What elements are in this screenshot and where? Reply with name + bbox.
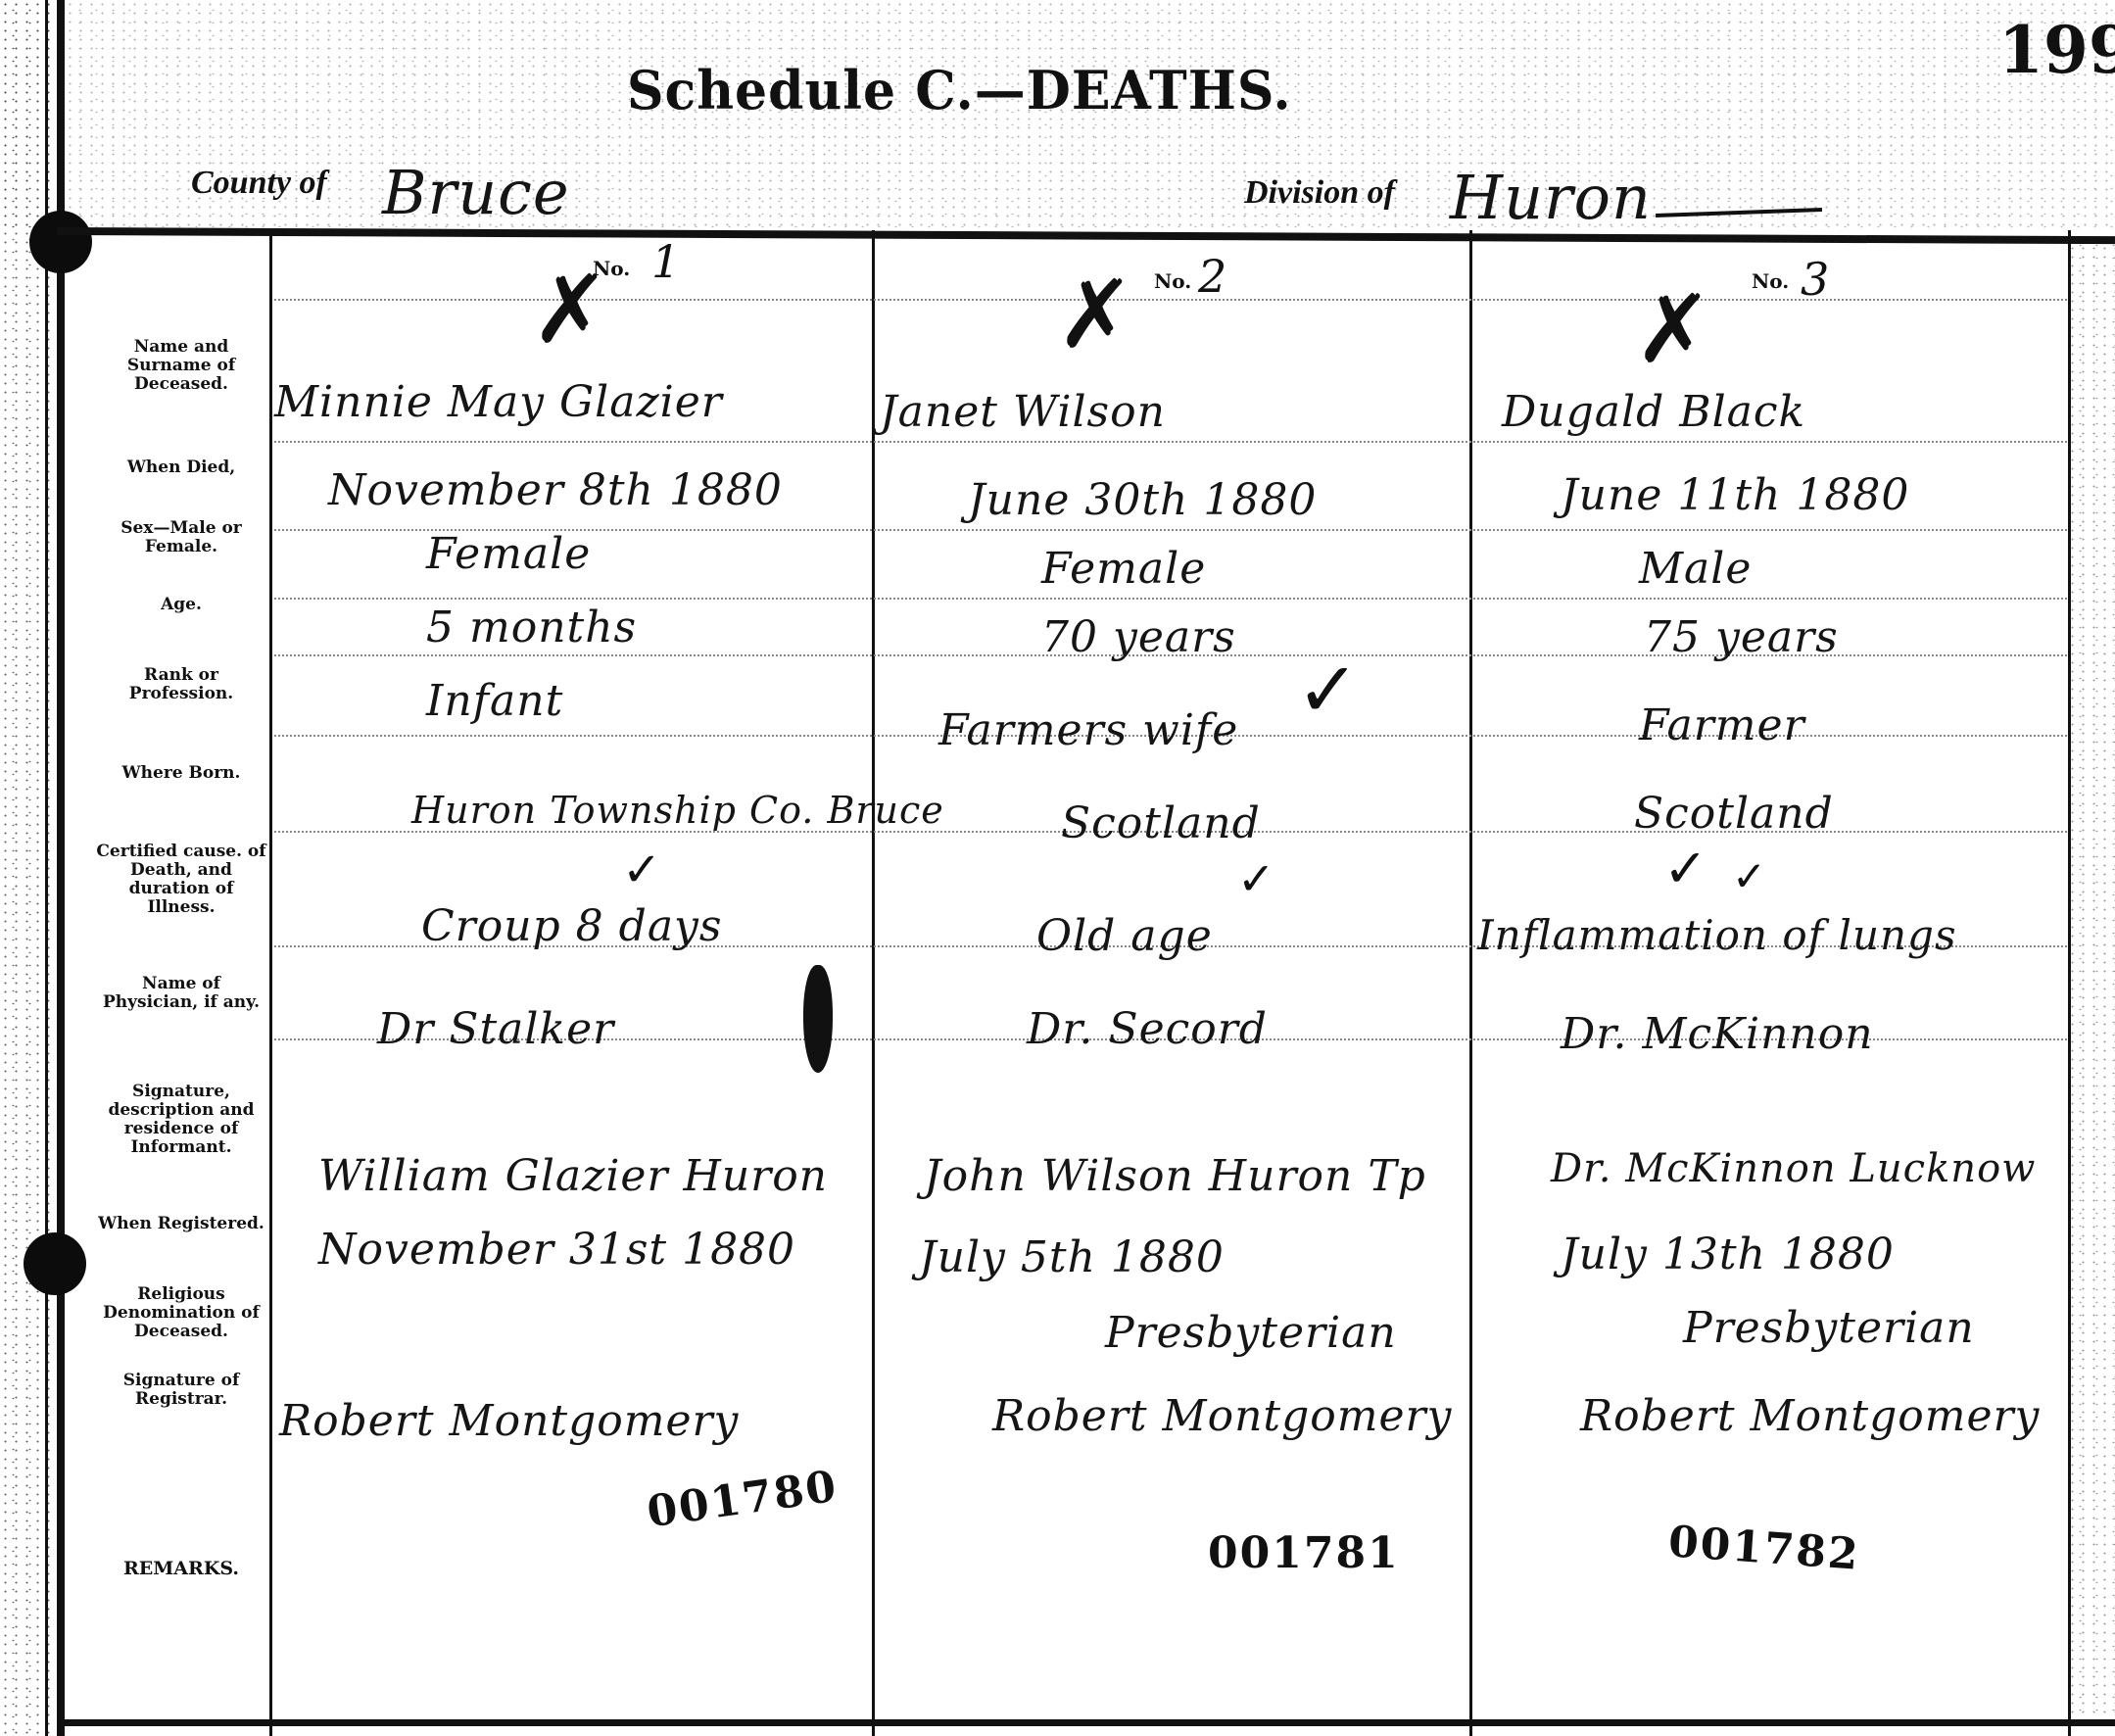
binding-hole-bottom	[24, 1232, 86, 1295]
religion: Presbyterian	[1105, 1308, 1397, 1358]
date-registered: July 5th 1880	[919, 1232, 1225, 1282]
deceased-name: Dugald Black	[1502, 387, 1805, 437]
date-of-death: November 8th 1880	[328, 465, 783, 515]
label-registrar: Signature of Registrar.	[93, 1372, 269, 1409]
county-value: Bruce	[382, 157, 570, 228]
label-cause: Certified cause. of Death, and duration …	[93, 843, 269, 917]
age: 75 years	[1644, 612, 1839, 662]
check-mark-icon: ✓	[1732, 852, 1766, 900]
rank-or-profession: Farmers wife	[938, 705, 1238, 755]
division-label: Division of	[1244, 174, 1395, 212]
date-of-death: June 11th 1880	[1561, 470, 1909, 520]
sex: Female	[1041, 544, 1206, 594]
entry-number: 3	[1801, 253, 1829, 306]
registrar-signature: Robert Montgomery	[992, 1391, 1452, 1441]
death-entry-3: No. 3 ✗ Dugald Black June 11th 1880 Male…	[1472, 235, 2065, 1714]
page-number: 199	[1998, 12, 2115, 88]
label-religion: Religious Denomination of Deceased.	[93, 1285, 269, 1341]
check-mark-icon: ✓	[1663, 838, 1707, 899]
entry-number-label: No.	[1154, 269, 1191, 293]
age: 70 years	[1041, 612, 1236, 662]
religion: Presbyterian	[1683, 1303, 1975, 1353]
date-of-death: June 30th 1880	[968, 475, 1317, 525]
place-of-birth: Scotland	[1634, 789, 1834, 839]
registrar-signature: Robert Montgomery	[279, 1396, 739, 1446]
column-divider-right	[2068, 230, 2071, 1736]
check-mark-icon: ✓	[622, 843, 661, 897]
label-sex: Sex—Male or Female.	[93, 519, 269, 556]
death-entry-2: No. 2 ✗ Janet Wilson June 30th 1880 Fema…	[875, 235, 1467, 1714]
deceased-name: Minnie May Glazier	[274, 377, 723, 427]
place-of-birth: Huron Township Co. Bruce	[411, 789, 944, 832]
label-age: Age.	[93, 596, 269, 614]
sex: Female	[426, 529, 591, 579]
cause-of-death: Croup 8 days	[421, 901, 723, 951]
label-informant: Signature, description and residence of …	[93, 1083, 269, 1157]
entry-number: 1	[651, 235, 680, 288]
entry-number-label: No.	[1752, 269, 1789, 293]
scan-noise-right	[2067, 235, 2115, 1724]
label-rank: Rank or Profession.	[93, 666, 269, 703]
date-registered: July 13th 1880	[1561, 1230, 1895, 1279]
cause-of-death: Inflammation of lungs	[1477, 911, 1957, 959]
division-underline-stroke	[1656, 208, 1822, 217]
label-physician: Name of Physician, if any.	[93, 975, 269, 1012]
date-registered: November 31st 1880	[318, 1225, 795, 1275]
label-name: Name and Surname of Deceased.	[93, 338, 269, 394]
label-when-registered: When Registered.	[93, 1215, 269, 1233]
check-mark-icon: ✓	[1237, 852, 1275, 905]
physician-name: Dr. McKinnon	[1561, 1009, 1874, 1059]
deceased-name: Janet Wilson	[880, 387, 1166, 437]
county-label: County of	[191, 165, 327, 202]
table-bottom-rule	[57, 1719, 2115, 1726]
remarks-stamp: 001782	[1666, 1517, 1861, 1580]
label-when-died: When Died,	[93, 458, 269, 477]
sex: Male	[1639, 544, 1752, 594]
rank-or-profession: Farmer	[1639, 700, 1805, 750]
entry-number: 2	[1198, 250, 1226, 303]
cross-mark-icon: ✗	[531, 255, 609, 364]
physician-name: Dr. Secord	[1027, 1004, 1268, 1054]
physician-name: Dr Stalker	[377, 1004, 614, 1054]
cause-of-death: Old age	[1036, 911, 1213, 961]
label-where-born: Where Born.	[93, 764, 269, 783]
page-title: Schedule C.—DEATHS.	[627, 59, 1292, 121]
check-mark-icon: ✓	[1296, 647, 1360, 735]
age: 5 months	[426, 603, 637, 652]
informant: William Glazier Huron	[318, 1151, 828, 1201]
ink-blot	[803, 965, 833, 1073]
death-entry-1: No. 1 ✗ Minnie May Glazier November 8th …	[274, 235, 870, 1714]
registrar-signature: Robert Montgomery	[1580, 1391, 2040, 1441]
place-of-birth: Scotland	[1061, 798, 1261, 848]
remarks-stamp: 001780	[644, 1462, 841, 1538]
division-value: Huron	[1450, 162, 1652, 233]
informant: Dr. McKinnon Lucknow	[1551, 1146, 2036, 1191]
remarks-stamp: 001781	[1208, 1528, 1400, 1578]
binding-hole-top	[29, 211, 92, 273]
cross-mark-icon: ✗	[1634, 274, 1712, 384]
label-remarks: REMARKS.	[93, 1560, 269, 1578]
cross-mark-icon: ✗	[1056, 260, 1134, 369]
informant: John Wilson Huron Tp	[924, 1151, 1426, 1201]
column-divider-labels	[269, 230, 272, 1736]
rank-or-profession: Infant	[426, 676, 563, 726]
